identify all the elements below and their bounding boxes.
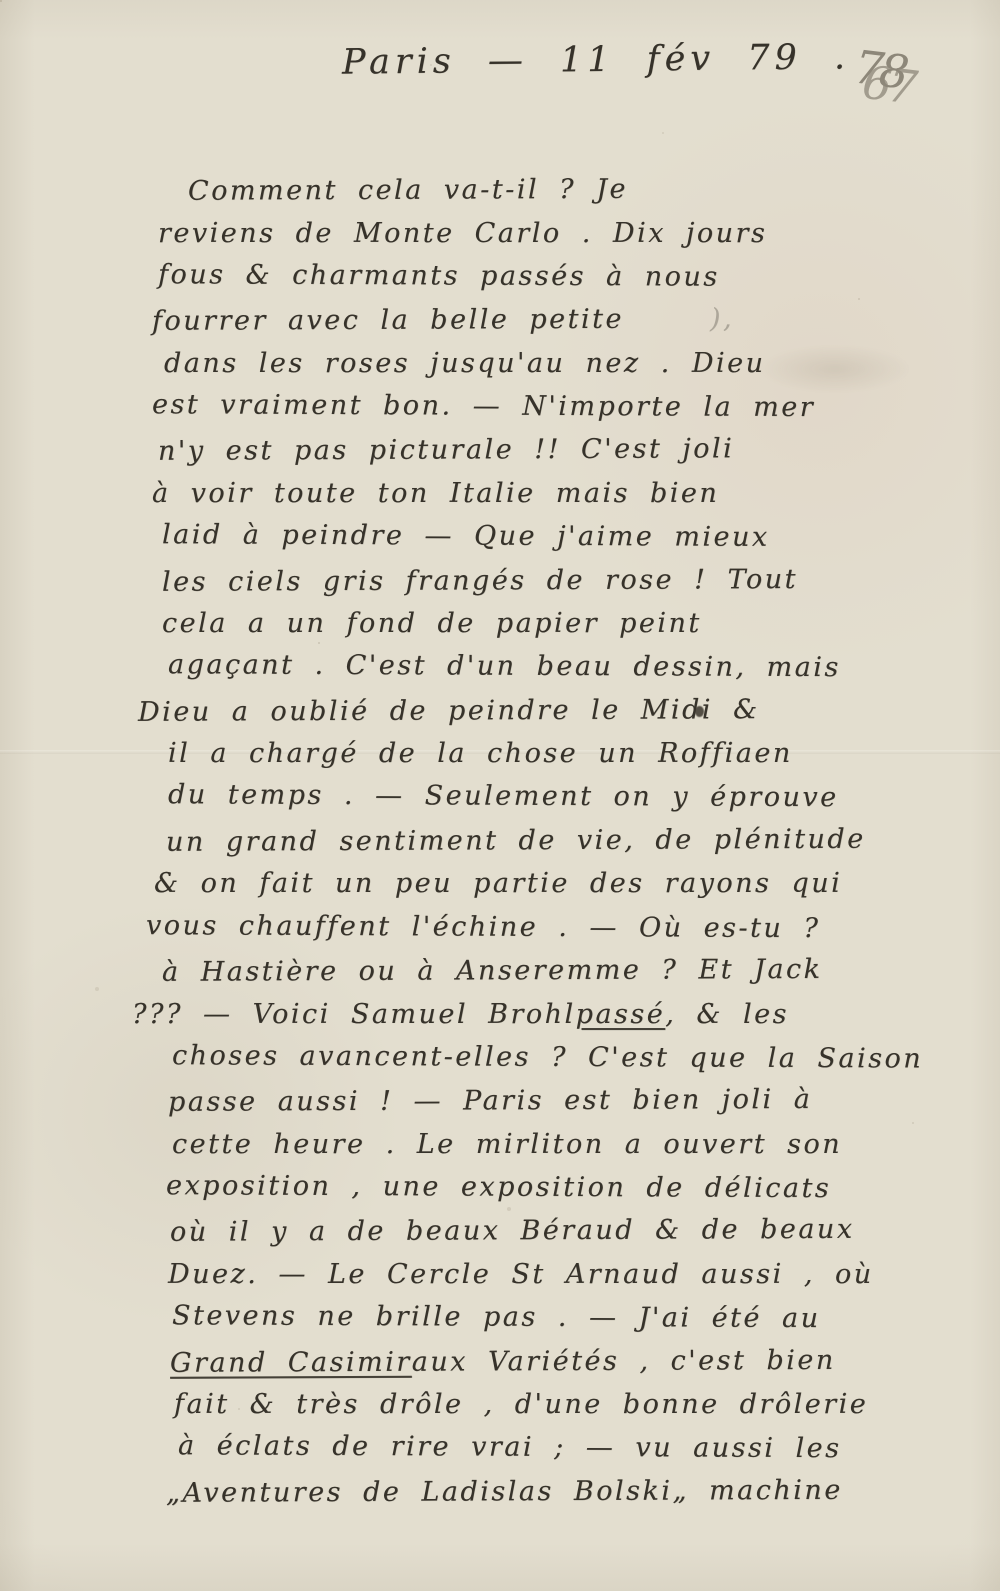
place-date-heading: Paris — 11 fév 79 . [342, 37, 850, 82]
line-segment: ??? — Voici Samuel Brohl [132, 999, 576, 1030]
line-segment: où il y a de beaux Béraud & de beaux [170, 1214, 855, 1248]
line-segment: laid à peindre — Que j'aime mieux [162, 520, 770, 554]
line-segment: passe aussi ! — Paris est bien joli à [168, 1084, 812, 1118]
letter-line: où il y a de beaux Béraud & de beaux [170, 1208, 982, 1255]
letter-line: Grand Casimir aux Variétés , c'est bien [170, 1338, 982, 1385]
line-segment: est vraiment bon. — N'importe la mer [152, 389, 815, 423]
line-segment: cette heure . Le mirliton a ouvert son [172, 1129, 842, 1160]
letter-page: Paris — 11 fév 79 . 67 78 Comment cela v… [0, 0, 1000, 1591]
pencil-number: 67 78 [847, 40, 967, 143]
line-segment: n'y est pas picturale !! C'est joli [158, 434, 734, 468]
line-segment: du temps . — Seulement on y éprouve [168, 780, 839, 814]
line-segment: fait & très drôle , d'une bonne drôlerie [174, 1389, 868, 1420]
line-segment: ), [710, 304, 734, 335]
letter-line: „Aventures de Ladislas Bolski„ machine [166, 1468, 982, 1515]
letter-line: agaçant . C'est d'un beau dessin, mais [168, 644, 982, 691]
line-segment: aux Variétés , c'est bien [412, 1345, 836, 1378]
letter-line: il a chargé de la chose un Roffiaen [168, 732, 982, 775]
letter-line: à Hastière ou à Anseremme ? Et Jack [162, 947, 982, 994]
line-segment: & on fait un peu partie des rayons qui [154, 868, 842, 899]
letter-line: exposition , une exposition de délicats [166, 1164, 982, 1211]
letter-line: cela a un fond de papier peint [162, 602, 982, 645]
line-segment: à Hastière ou à Anseremme ? Et Jack [162, 954, 823, 988]
letter-line: Duez. — Le Cercle St Arnaud aussi , où [168, 1253, 982, 1296]
letter-line: n'y est pas picturale !! C'est joli [158, 427, 982, 474]
line-segment: cela a un fond de papier peint [162, 608, 702, 639]
letter-line: Comment cela va-t-il ? Je [188, 166, 982, 213]
letter-line: à éclats de rire vrai ; — vu aussi les [178, 1425, 982, 1472]
letter-line: du temps . — Seulement on y éprouve [168, 774, 982, 821]
line-segment: Comment cela va-t-il ? Je [188, 174, 628, 207]
line-segment: vous chauffent l'échine . — Où es-tu ? [146, 910, 821, 944]
line-segment: passé [576, 999, 666, 1030]
line-segment: les ciels gris frangés de rose ! Tout [162, 564, 798, 598]
letter-lines: Comment cela va-t-il ? Jereviens de Mont… [152, 168, 982, 1513]
line-segment: Grand Casimir [170, 1346, 412, 1378]
line-segment: fourrer avec la belle petite [152, 304, 624, 337]
line-segment: un grand sentiment de vie, de plénitude [166, 824, 866, 858]
line-segment: „Aventures de Ladislas Bolski„ machine [166, 1475, 843, 1509]
letter-line: ??? — Voici Samuel Brohl passé, & les [132, 992, 982, 1035]
line-segment: à éclats de rire vrai ; — vu aussi les [178, 1431, 842, 1465]
line-segment: Dieu a oublié de peindre le Midi & [138, 694, 760, 728]
letter-line: cette heure . Le mirliton a ouvert son [172, 1123, 982, 1166]
line-segment: à voir toute ton Italie mais bien [152, 478, 719, 509]
line-segment: reviens de Monte Carlo . Dix jours [158, 218, 767, 249]
line-segment: exposition , une exposition de délicats [166, 1170, 831, 1204]
paper-specks [0, 0, 2, 2]
line-segment: Duez. — Le Cercle St Arnaud aussi , où [168, 1259, 874, 1290]
letter-line: & on fait un peu partie des rayons qui [154, 862, 982, 905]
letter-line: à voir toute ton Italie mais bien [152, 472, 982, 515]
line-segment: dans les roses jusqu'au nez . Dieu [164, 348, 765, 379]
letter-line: dans les roses jusqu'au nez . Dieu [164, 342, 982, 385]
letter-line: Stevens ne brille pas . — J'ai été au [172, 1294, 982, 1341]
letter-line: Dieu a oublié de peindre le Midi & [138, 687, 982, 734]
line-segment: , & les [665, 999, 789, 1030]
line-segment: il a chargé de la chose un Roffiaen [168, 738, 793, 769]
letter-line: un grand sentiment de vie, de plénitude [166, 817, 982, 864]
line-segment: agaçant . C'est d'un beau dessin, mais [168, 650, 841, 684]
letter-line: choses avancent-elles ? C'est que la Sai… [172, 1034, 982, 1081]
letter-line: fourrer avec la belle petite), [152, 296, 982, 343]
pencil-number-over: 78 [851, 40, 908, 100]
ink-blot [695, 706, 704, 717]
letter-line: fait & très drôle , d'une bonne drôlerie [174, 1383, 982, 1426]
line-segment: choses avancent-elles ? C'est que la Sai… [172, 1040, 923, 1074]
letter-line: les ciels gris frangés de rose ! Tout [162, 557, 982, 604]
letter-line: vous chauffent l'échine . — Où es-tu ? [146, 904, 982, 951]
letter-line: passe aussi ! — Paris est bien joli à [168, 1077, 982, 1124]
letter-line: reviens de Monte Carlo . Dix jours [158, 211, 982, 254]
letter-line: laid à peindre — Que j'aime mieux [162, 513, 982, 560]
letter-line: fous & charmants passés à nous [158, 253, 982, 300]
letter-line: est vraiment bon. — N'importe la mer [152, 383, 982, 430]
line-segment: fous & charmants passés à nous [158, 259, 720, 292]
line-segment: Stevens ne brille pas . — J'ai été au [172, 1301, 821, 1335]
